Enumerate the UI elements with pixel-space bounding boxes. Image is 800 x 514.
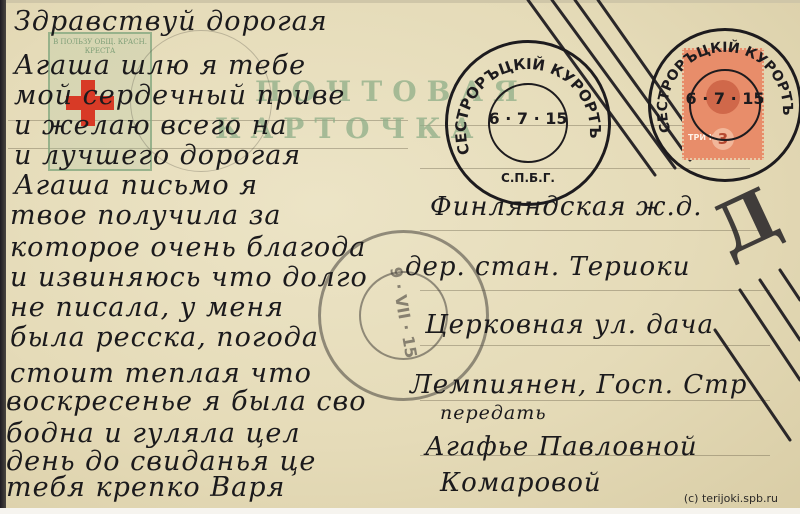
address-line: Финляндская ж.д. — [430, 192, 702, 222]
message-line: которое очень благода — [10, 232, 366, 263]
message-line: бодна и гуляла цел — [6, 418, 301, 449]
svg-text:СЕСТРОРЪЦКIЙ КУРОРТЪ: СЕСТРОРЪЦКIЙ КУРОРТЪ — [452, 54, 604, 157]
address-line: Агафье Павловной — [425, 432, 698, 462]
message-line: Агаша шлю я тебе — [14, 50, 306, 81]
copyright-watermark: (c) terijoki.spb.ru — [684, 492, 778, 505]
message-line: Здравствуй дорогая — [14, 6, 328, 37]
message-line: мой сердечный приве — [14, 80, 345, 111]
message-line: воскресенье я была сво — [6, 386, 367, 417]
address-line: Лемпиянен, Госп. Стр — [410, 370, 747, 400]
postmark-suffix: С.П.Б.Г. — [448, 171, 608, 185]
postmark-date: 6 · 7 · 15 — [651, 89, 799, 108]
svg-text:СЕСТРОРЪЦКIЙ КУРОРТЪ: СЕСТРОРЪЦКIЙ КУРОРТЪ — [655, 39, 795, 135]
card-bottom-edge — [0, 508, 800, 514]
address-line: дер. стан. Териоки — [405, 252, 690, 282]
message-line: была ресска, погода — [10, 322, 319, 353]
message-line: и лучшего дорогая — [14, 140, 301, 171]
address-line: Комаровой — [440, 468, 602, 498]
message-line: стоит теплая что — [10, 358, 312, 389]
address-line: Церковная ул. дача — [425, 310, 714, 340]
postmark-sestroretsk-1: СЕСТРОРЪЦКIЙ КУРОРТЪ 6 · 7 · 15 С.П.Б.Г. — [445, 40, 611, 206]
postmark-date: 6 · 7 · 15 — [448, 109, 608, 128]
postmark-sestroretsk-2: СЕСТРОРЪЦКIЙ КУРОРТЪ 6 · 7 · 15 — [648, 28, 800, 182]
postmark-text: СЕСТРОРЪЦКIЙ КУРОРТЪ — [655, 39, 795, 135]
message-line: не писала, у меня — [10, 292, 284, 323]
message-line: тебя крепко Варя — [6, 472, 285, 503]
postmark-text: СЕСТРОРЪЦКIЙ КУРОРТЪ — [452, 54, 604, 157]
message-line: твое получила за — [10, 200, 282, 231]
message-line: и извиняюсь что долго — [10, 262, 368, 293]
message-line: и желаю всего на — [14, 110, 287, 141]
address-line: передать — [440, 402, 547, 424]
message-line: Агаша письмо я — [14, 170, 258, 201]
postcard: ПОЧТОВАЯ КАРТОЧКА В ПОЛЬЗУ ОБЩ. КРАСН. К… — [0, 0, 800, 514]
